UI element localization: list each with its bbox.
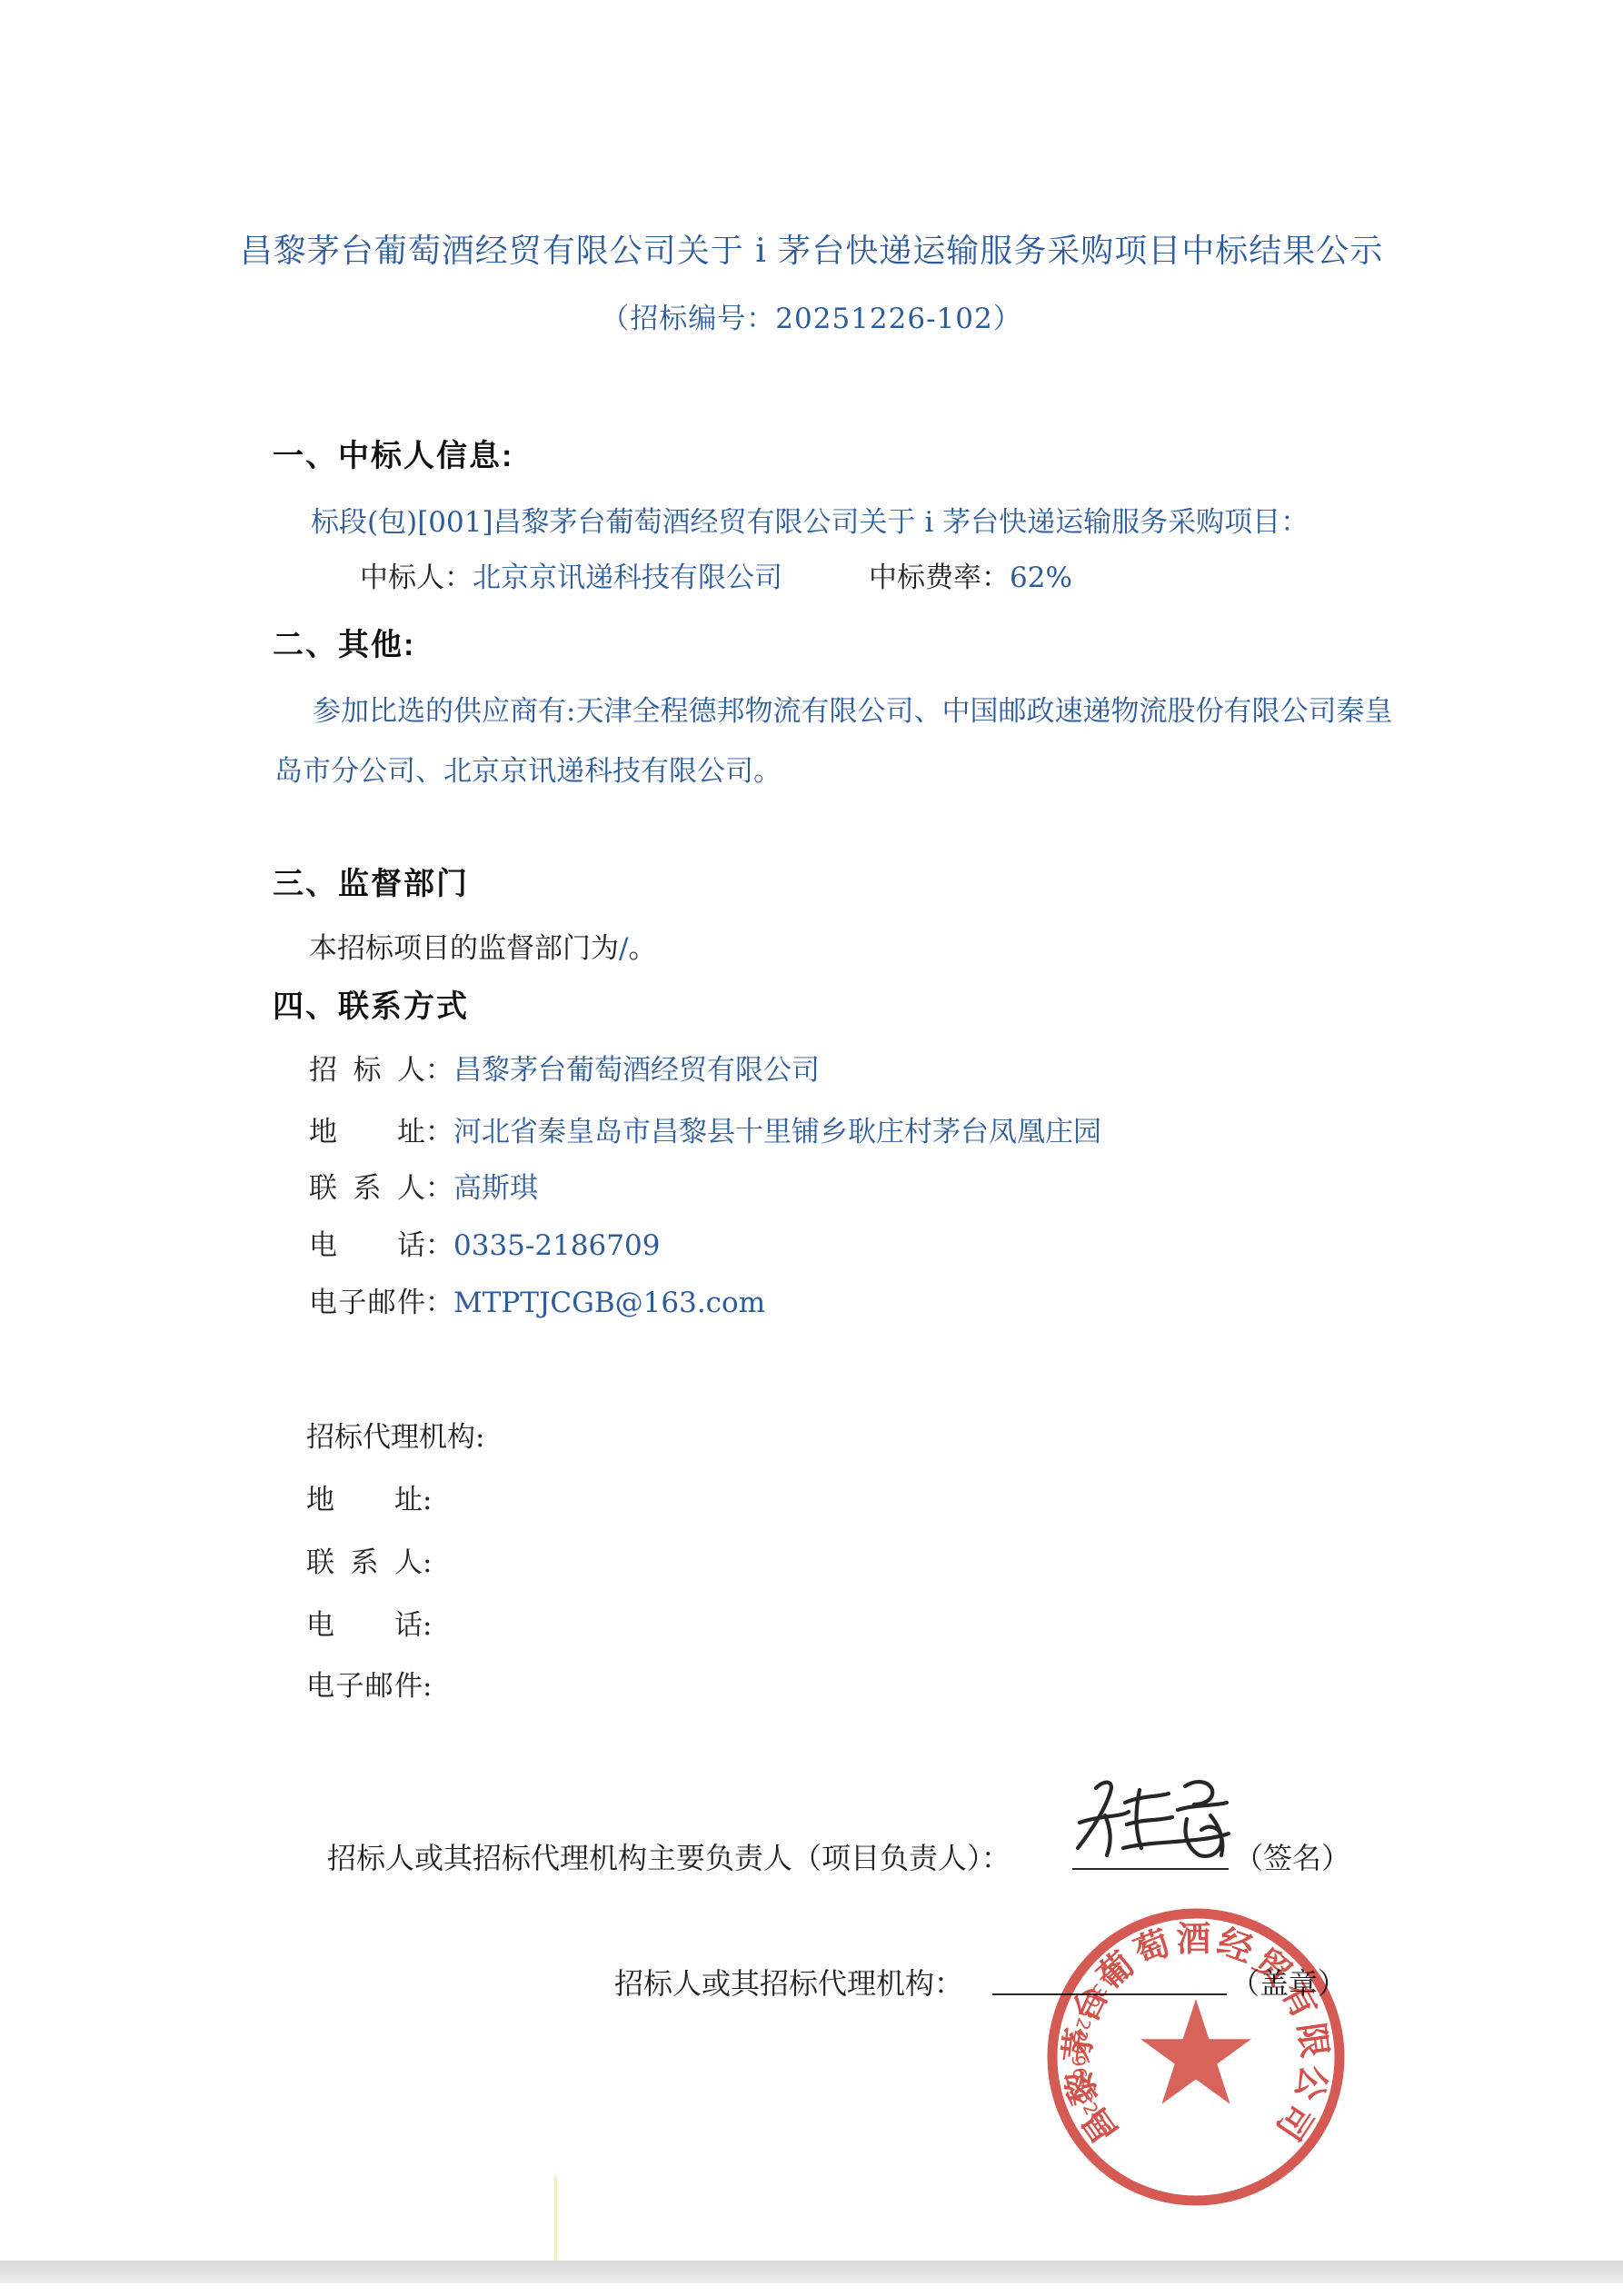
tenderer-row: 招标人：昌黎茅台葡萄酒经贸有限公司: [309, 1047, 820, 1088]
scan-edge-band: [0, 2261, 1623, 2283]
supervision-suffix: 。: [628, 932, 656, 965]
winner-label: 中标人：: [360, 562, 473, 594]
signature-note: （签名）: [1234, 1835, 1350, 1877]
agency-address-row: 地址:: [306, 1476, 432, 1517]
suppliers-paragraph: 参加比选的供应商有:天津全程德邦物流有限公司、中国邮政速递物流股份有限公司秦皇岛…: [274, 681, 1401, 801]
colon: :: [423, 1484, 432, 1516]
address-row: 地址：河北省秦皇岛市昌黎县十里铺乡耿庄村茅台凤凰庄园: [309, 1108, 1101, 1149]
fee-line: 中标费率：62%: [869, 554, 1072, 595]
contact-person-row: 联系人：高斯琪: [309, 1165, 538, 1206]
section-1-heading: 一、中标人信息:: [273, 431, 513, 475]
agency-email-row: 电子邮件:: [306, 1663, 432, 1704]
agency-phone-label: 电话: [306, 1602, 423, 1643]
colon: :: [423, 1609, 432, 1642]
email-row: 电子邮件：MTPTJCGB@163.com: [309, 1279, 765, 1320]
company-seal: 昌黎茅台葡萄酒经贸有限公司 13032209658286: [1041, 1903, 1350, 2212]
agency-label: 招标代理机构:: [306, 1421, 484, 1454]
responsible-person-label: 招标人或其招标代理机构主要负责人（项目负责人）：: [327, 1835, 1011, 1877]
address-label: 地址: [309, 1108, 425, 1149]
tenderer-label: 招标人: [309, 1047, 425, 1088]
phone-value: 0335-2186709: [453, 1229, 660, 1262]
package-line: 标段(包)[001]昌黎茅台葡萄酒经贸有限公司关于 i 茅台快递运输服务采购项目…: [273, 492, 1399, 552]
section-4-heading: 四、联系方式: [273, 981, 469, 1026]
document-title: 昌黎茅台葡萄酒经贸有限公司关于 i 茅台快递运输服务采购项目中标结果公示: [0, 225, 1623, 272]
colon: ：: [425, 1287, 453, 1319]
phone-row: 电话：0335-2186709: [309, 1222, 660, 1263]
colon: ：: [425, 1172, 453, 1205]
stamp-org-label: 招标人或其招标代理机构：: [614, 1961, 963, 2003]
contact-person-value: 高斯琪: [453, 1172, 538, 1205]
phone-label: 电话: [309, 1222, 425, 1263]
supervision-prefix: 本招标项目的监督部门为: [309, 932, 619, 965]
email-value: MTPTJCGB@163.com: [453, 1287, 765, 1319]
agency-row: 招标代理机构:: [306, 1414, 484, 1455]
agency-phone-row: 电话:: [306, 1602, 432, 1643]
agency-contact-person-row: 联系人:: [306, 1539, 432, 1580]
colon: :: [423, 1670, 432, 1703]
tenderer-value: 昌黎茅台葡萄酒经贸有限公司: [453, 1054, 820, 1087]
colon: ：: [425, 1116, 453, 1148]
agency-email-label: 电子邮件: [306, 1663, 423, 1704]
address-value: 河北省秦皇岛市昌黎县十里铺乡耿庄村茅台凤凰庄园: [453, 1116, 1101, 1148]
supervision-line: 本招标项目的监督部门为/。: [309, 925, 656, 966]
winner-line: 中标人：北京京讯递科技有限公司: [360, 554, 782, 595]
fee-value: 62%: [1010, 562, 1072, 594]
fee-label: 中标费率：: [869, 562, 1010, 594]
section-3-heading: 三、监督部门: [273, 859, 469, 903]
supervision-value: /: [619, 932, 628, 965]
contact-person-label: 联系人: [309, 1165, 425, 1206]
handwritten-signature: [1069, 1770, 1241, 1877]
tender-number: （招标编号：20251226-102）: [0, 295, 1623, 336]
document-page: 昌黎茅台葡萄酒经贸有限公司关于 i 茅台快递运输服务采购项目中标结果公示 （招标…: [0, 0, 1623, 2296]
section-2-heading: 二、其他:: [273, 620, 415, 664]
email-label: 电子邮件: [309, 1279, 425, 1320]
colon: ：: [425, 1054, 453, 1087]
colon: ：: [425, 1229, 453, 1262]
scan-smudge: [554, 2176, 557, 2262]
colon: :: [423, 1546, 432, 1579]
agency-address-label: 地址: [306, 1476, 423, 1517]
winner-value: 北京京讯递科技有限公司: [473, 562, 782, 594]
seal-star-icon: [1140, 1999, 1251, 2104]
agency-contact-person-label: 联系人: [306, 1539, 423, 1580]
